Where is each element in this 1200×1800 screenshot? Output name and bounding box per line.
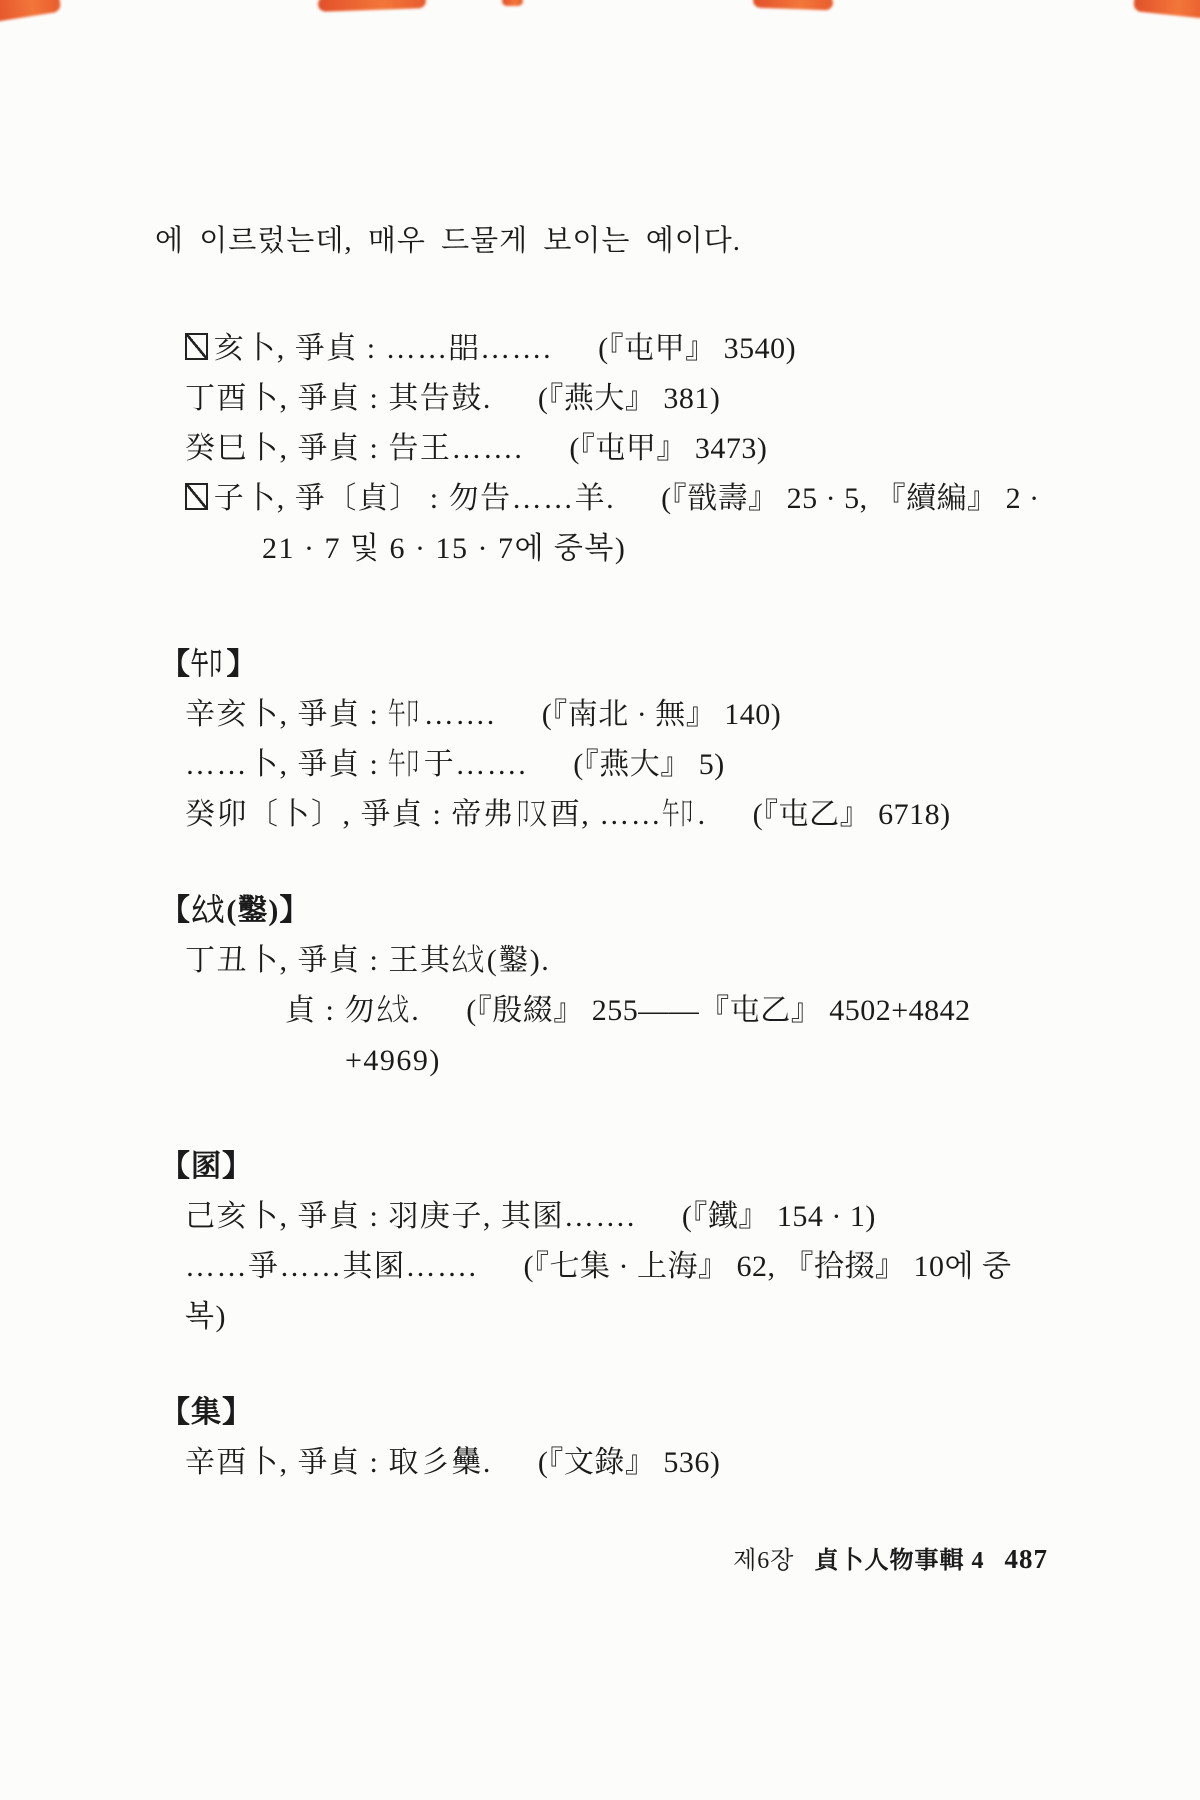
- section: 【幺戈(鑿)】丁丑卜, 爭貞 : 王其幺戈(鑿).貞 : 勿幺戈.(『殷綴』 2…: [155, 886, 1080, 1086]
- section-heading: 【幺戈(鑿)】: [155, 886, 1080, 936]
- composed-oracle-glyph: 午卩: [388, 690, 409, 740]
- inscription-line: 癸卯〔卜〕, 爭貞 : 帝弗卩又酉, ……午卩.(『屯乙』 6718): [155, 790, 1080, 840]
- citation: (『屯甲』 3540): [598, 324, 796, 374]
- inscription-line: 복): [155, 1292, 1080, 1342]
- inscription-text: 21 · 7 및 6 · 15 · 7에 중복): [262, 524, 626, 574]
- page: 에 이르렀는데, 매우 드물게 보이는 예이다. 亥卜, 爭貞 : ……㗊…….…: [0, 0, 1200, 1800]
- inscription-line: 貞 : 勿幺戈.(『殷綴』 255——『屯乙』 4502+4842: [155, 986, 1080, 1036]
- inscription-text: +4969): [345, 1036, 441, 1086]
- citation: (『屯甲』 3473): [569, 424, 767, 474]
- page-number: 487: [1005, 1544, 1049, 1575]
- inscription-text: 癸巳卜, 爭貞 : 告王…….: [185, 424, 523, 474]
- chapter-label: 제6장: [733, 1540, 794, 1575]
- inscription-text: ……爭……其圂…….: [185, 1242, 478, 1292]
- section: 【午卩】辛亥卜, 爭貞 : 午卩…….(『南北 · 無』 140)……卜, 爭貞…: [155, 640, 1080, 840]
- inscription-line: ……爭……其圂…….(『七集 · 上海』 62, 『拾掇』 10에 중: [155, 1242, 1080, 1292]
- inscription-line: ……卜, 爭貞 : 午卩于…….(『燕大』 5): [155, 740, 1080, 790]
- section: 【圂】己亥卜, 爭貞 : 羽庚子, 其圂…….(『鐵』 154 · 1)……爭……: [155, 1142, 1080, 1342]
- section-heading: 【圂】: [155, 1142, 1080, 1192]
- inscription-line: 己亥卜, 爭貞 : 羽庚子, 其圂…….(『鐵』 154 · 1): [155, 1192, 1080, 1242]
- inscription-text: 丁酉卜, 爭貞 : 其告鼓.: [185, 374, 492, 424]
- inscription-text: 癸卯〔卜〕, 爭貞 : 帝弗卩又酉, ……午卩.: [185, 790, 707, 840]
- inscription-line: 丁酉卜, 爭貞 : 其告鼓.(『燕大』 381): [155, 374, 1080, 424]
- inscription-line: 辛酉卜, 爭貞 : 取彡雧.(『文錄』 536): [155, 1438, 1080, 1488]
- book-title: 貞卜人物事輯 4: [815, 1540, 985, 1575]
- lacuna-box-icon: [185, 333, 208, 361]
- citation: (『屯乙』 6718): [753, 790, 951, 840]
- citation: (『鐵』 154 · 1): [682, 1192, 876, 1242]
- citation: (『文錄』 536): [538, 1438, 720, 1488]
- scan-stain: [753, 0, 833, 10]
- citation: (『七集 · 上海』 62, 『拾掇』 10에 중: [524, 1242, 1012, 1292]
- citation: (『燕大』 5): [573, 740, 724, 790]
- inscription-line: 辛亥卜, 爭貞 : 午卩…….(『南北 · 無』 140): [155, 690, 1080, 740]
- intro-paragraph: 에 이르렀는데, 매우 드물게 보이는 예이다.: [155, 222, 1080, 260]
- sections-container: 亥卜, 爭貞 : ……㗊…….(『屯甲』 3540)丁酉卜, 爭貞 : 其告鼓.…: [155, 324, 1080, 1488]
- citation: (『殷綴』 255——『屯乙』 4502+4842: [466, 986, 970, 1036]
- section: 亥卜, 爭貞 : ……㗊…….(『屯甲』 3540)丁酉卜, 爭貞 : 其告鼓.…: [155, 324, 1080, 574]
- citation: (『戩壽』 25 · 5, 『續編』 2 ·: [661, 474, 1039, 524]
- composed-oracle-glyph: 幺戈: [451, 936, 472, 986]
- citation: (『南北 · 無』 140): [542, 690, 781, 740]
- section-heading: 【午卩】: [155, 640, 1080, 690]
- inscription-text: 貞 : 勿幺戈.: [285, 986, 420, 1036]
- inscription-text: 복): [185, 1292, 227, 1342]
- scan-stain: [0, 0, 61, 22]
- composed-oracle-glyph: 午卩: [191, 640, 212, 690]
- inscription-line: 丁丑卜, 爭貞 : 王其幺戈(鑿).: [155, 936, 1080, 986]
- inscription-line: 21 · 7 및 6 · 15 · 7에 중복): [155, 524, 1080, 574]
- lacuna-box-icon: [185, 483, 208, 511]
- scan-stain: [318, 0, 426, 12]
- composed-oracle-glyph: 午卩: [662, 790, 683, 840]
- inscription-text: 亥卜, 爭貞 : ……㗊…….: [185, 324, 552, 374]
- composed-oracle-glyph: 卩又: [514, 790, 535, 840]
- inscription-line: 癸巳卜, 爭貞 : 告王…….(『屯甲』 3473): [155, 424, 1080, 474]
- scan-stain: [1133, 0, 1200, 19]
- inscription-line: 子卜, 爭〔貞〕 : 勿告……羊.(『戩壽』 25 · 5, 『續編』 2 ·: [155, 474, 1080, 524]
- page-footer: 제6장 貞卜人物事輯 4 487: [733, 1540, 1048, 1575]
- composed-oracle-glyph: 午卩: [388, 740, 409, 790]
- inscription-text: 子卜, 爭〔貞〕 : 勿告……羊.: [185, 474, 615, 524]
- content: 에 이르렀는데, 매우 드물게 보이는 예이다. 亥卜, 爭貞 : ……㗊…….…: [155, 222, 1080, 1488]
- inscription-text: 丁丑卜, 爭貞 : 王其幺戈(鑿).: [185, 936, 550, 986]
- citation: (『燕大』 381): [538, 374, 720, 424]
- section-heading: 【集】: [155, 1388, 1080, 1438]
- inscription-line: +4969): [155, 1036, 1080, 1086]
- inscription-text: 辛亥卜, 爭貞 : 午卩…….: [185, 690, 496, 740]
- inscription-text: 己亥卜, 爭貞 : 羽庚子, 其圂…….: [185, 1192, 636, 1242]
- inscription-text: ……卜, 爭貞 : 午卩于…….: [185, 740, 527, 790]
- composed-oracle-glyph: 幺戈: [376, 986, 397, 1036]
- scan-stain: [502, 0, 523, 6]
- inscription-line: 亥卜, 爭貞 : ……㗊…….(『屯甲』 3540): [155, 324, 1080, 374]
- section: 【集】辛酉卜, 爭貞 : 取彡雧.(『文錄』 536): [155, 1388, 1080, 1488]
- composed-oracle-glyph: 幺戈: [191, 886, 212, 936]
- inscription-text: 辛酉卜, 爭貞 : 取彡雧.: [185, 1438, 492, 1488]
